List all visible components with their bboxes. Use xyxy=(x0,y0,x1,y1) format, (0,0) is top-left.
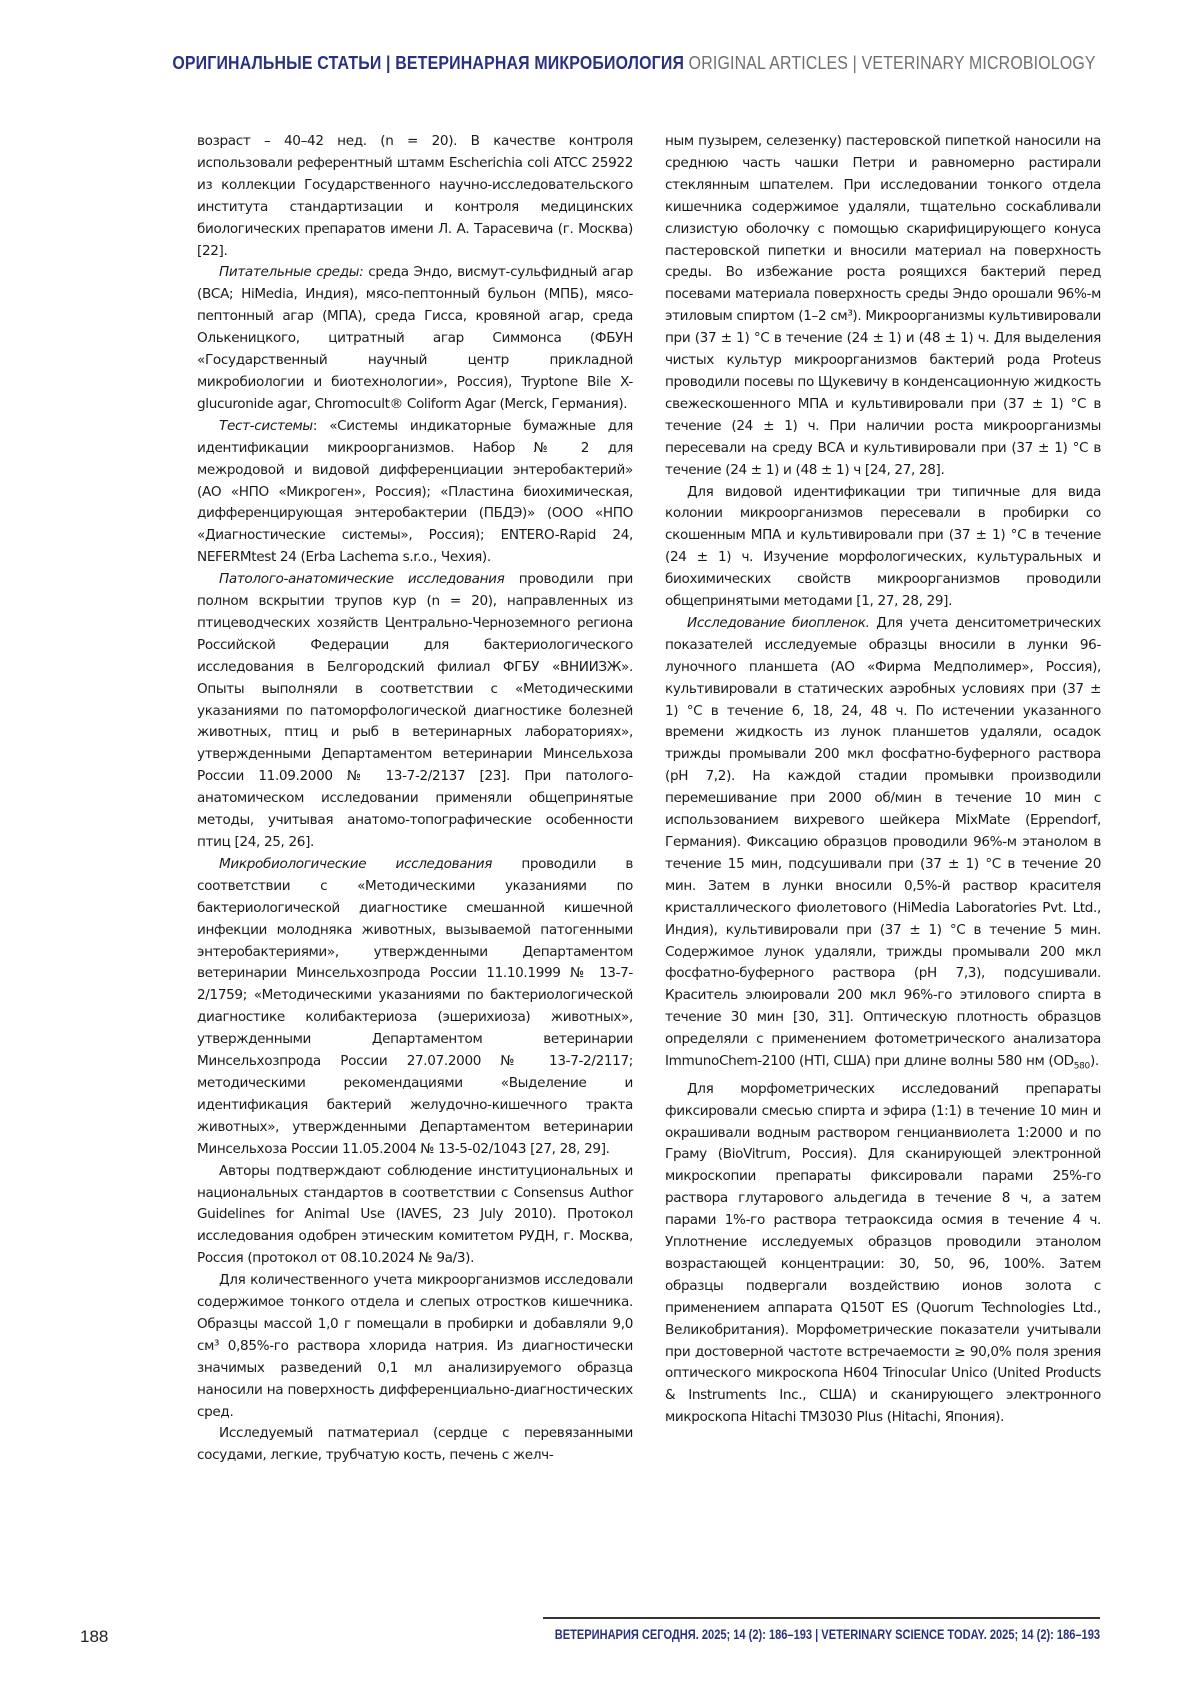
paragraph-nutrient-media: Питательные среды: среда Эндо, висмут-су… xyxy=(197,262,633,415)
paragraph-lead: Питательные среды: xyxy=(219,264,363,280)
paragraph-pathology: Патолого-анатомические исследования пров… xyxy=(197,569,633,854)
paragraph-morphometry: Для морфометрических исследований препар… xyxy=(665,1079,1101,1430)
paragraph-test-systems: Тест-системы: «Системы индикаторные бума… xyxy=(197,416,633,569)
left-column: возраст – 40–42 нед. (n = 20). В качеств… xyxy=(197,131,633,1467)
paragraph-text: среда Эндо, висмут-сульфидный агар (ВСА;… xyxy=(197,264,633,411)
paragraph-lead: Микробиологические исследования xyxy=(219,856,492,872)
paragraph-ethics: Авторы подтверждают соблюдение институци… xyxy=(197,1161,633,1271)
paragraph-biofilms: Исследование биопленок. Для учета денсит… xyxy=(665,613,1101,1079)
paragraph-lead: Патолого-анатомические исследования xyxy=(219,571,504,587)
paragraph-text: проводили в соответствии с «Методическим… xyxy=(197,856,633,1157)
paragraph: возраст – 40–42 нед. (n = 20). В качеств… xyxy=(197,131,633,262)
paragraph-identification: Для видовой идентификации три типичные д… xyxy=(665,482,1101,613)
paragraph-text: Для учета денситометрических показателей… xyxy=(665,615,1101,1069)
article-body: возраст – 40–42 нед. (n = 20). В качеств… xyxy=(197,131,1101,1467)
paragraph-text: проводили при полном вскрытии трупов кур… xyxy=(197,571,633,850)
paragraph: ным пузырем, селезенку) пастеровской пип… xyxy=(665,131,1101,482)
paragraph-material: Исследуемый патматериал (сердце с перевя… xyxy=(197,1423,633,1467)
subscript: 580 xyxy=(1074,1062,1090,1072)
footer-divider xyxy=(543,1617,1100,1619)
paragraph-quantitative: Для количественного учета микроорганизмо… xyxy=(197,1270,633,1423)
paragraph-lead: Тест-системы xyxy=(219,418,313,434)
section-title-ru: ОРИГИНАЛЬНЫЕ СТАТЬИ | ВЕТЕРИНАРНАЯ МИКРО… xyxy=(173,52,685,73)
right-column: ным пузырем, селезенку) пастеровской пип… xyxy=(665,131,1101,1467)
section-title-en: ORIGINAL ARTICLES | VETERINARY MICROBIOL… xyxy=(689,52,1096,73)
paragraph-lead: Исследование биопленок. xyxy=(687,615,870,631)
paragraph-microbiology: Микробиологические исследования проводил… xyxy=(197,854,633,1161)
journal-citation: ВЕТЕРИНАРИЯ СЕГОДНЯ. 2025; 14 (2): 186–1… xyxy=(555,1627,1100,1642)
running-header: ОРИГИНАЛЬНЫЕ СТАТЬИ | ВЕТЕРИНАРНАЯ МИКРО… xyxy=(173,52,1096,74)
paragraph-text: ). xyxy=(1090,1053,1099,1069)
page-number: 188 xyxy=(80,1627,108,1647)
paragraph-text: : «Системы индикаторные бумажные для иде… xyxy=(197,418,633,565)
